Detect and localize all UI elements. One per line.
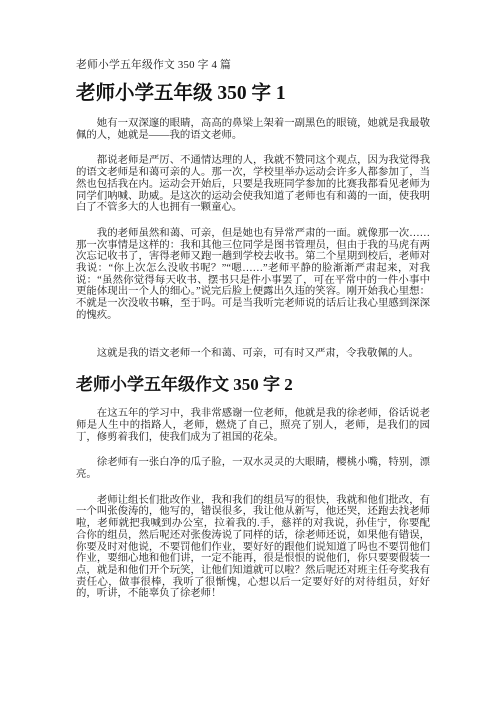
essay-1-title: 老师小学五年级 350 字 1 <box>76 81 430 106</box>
essay-1-paragraph-1: 她有一双深邃的眼睛，高高的鼻梁上架着一副黑色的眼镜，她就是我最敬佩的人，她就是—… <box>76 118 430 141</box>
essay-2-title: 老师小学五年级作文 350 字 2 <box>76 373 430 396</box>
essay-1-paragraph-4: 这就是我的语文老师一个和蔼、可亲，可有时又严肃，令我敬佩的人。 <box>76 348 430 360</box>
document-kicker: 老师小学五年级作文 350 字 4 篇 <box>76 59 430 72</box>
essay-2-paragraph-2: 徐老师有一张白净的瓜子脸，一双水灵灵的大眼睛，樱桃小嘴，特别，漂亮。 <box>76 457 430 480</box>
essay-2-paragraph-1: 在这五年的学习中，我非常感谢一位老师，他就是我的徐老师，俗话说老师是人生中的指路… <box>76 408 430 443</box>
essay-1-paragraph-2: 都说老师是严厉、不通情达理的人，我就不赞同这个观点，因为我觉得我的语文老师是和蔼… <box>76 155 430 214</box>
essay-1-paragraph-3: 我的老师虽然和蔼、可亲，但是她也有异常严肃的一面。就像那一次……那一次事情是这样… <box>76 228 430 322</box>
essay-2-paragraph-3: 老师让组长们批改作业，我和我们的组员写的很快，我就和他们批改，有一个叫张俊涛的，… <box>76 495 430 600</box>
document-page: 老师小学五年级作文 350 字 4 篇 老师小学五年级 350 字 1 她有一双… <box>0 0 500 707</box>
essay-document: 老师小学五年级作文 350 字 4 篇 老师小学五年级 350 字 1 她有一双… <box>76 59 430 614</box>
